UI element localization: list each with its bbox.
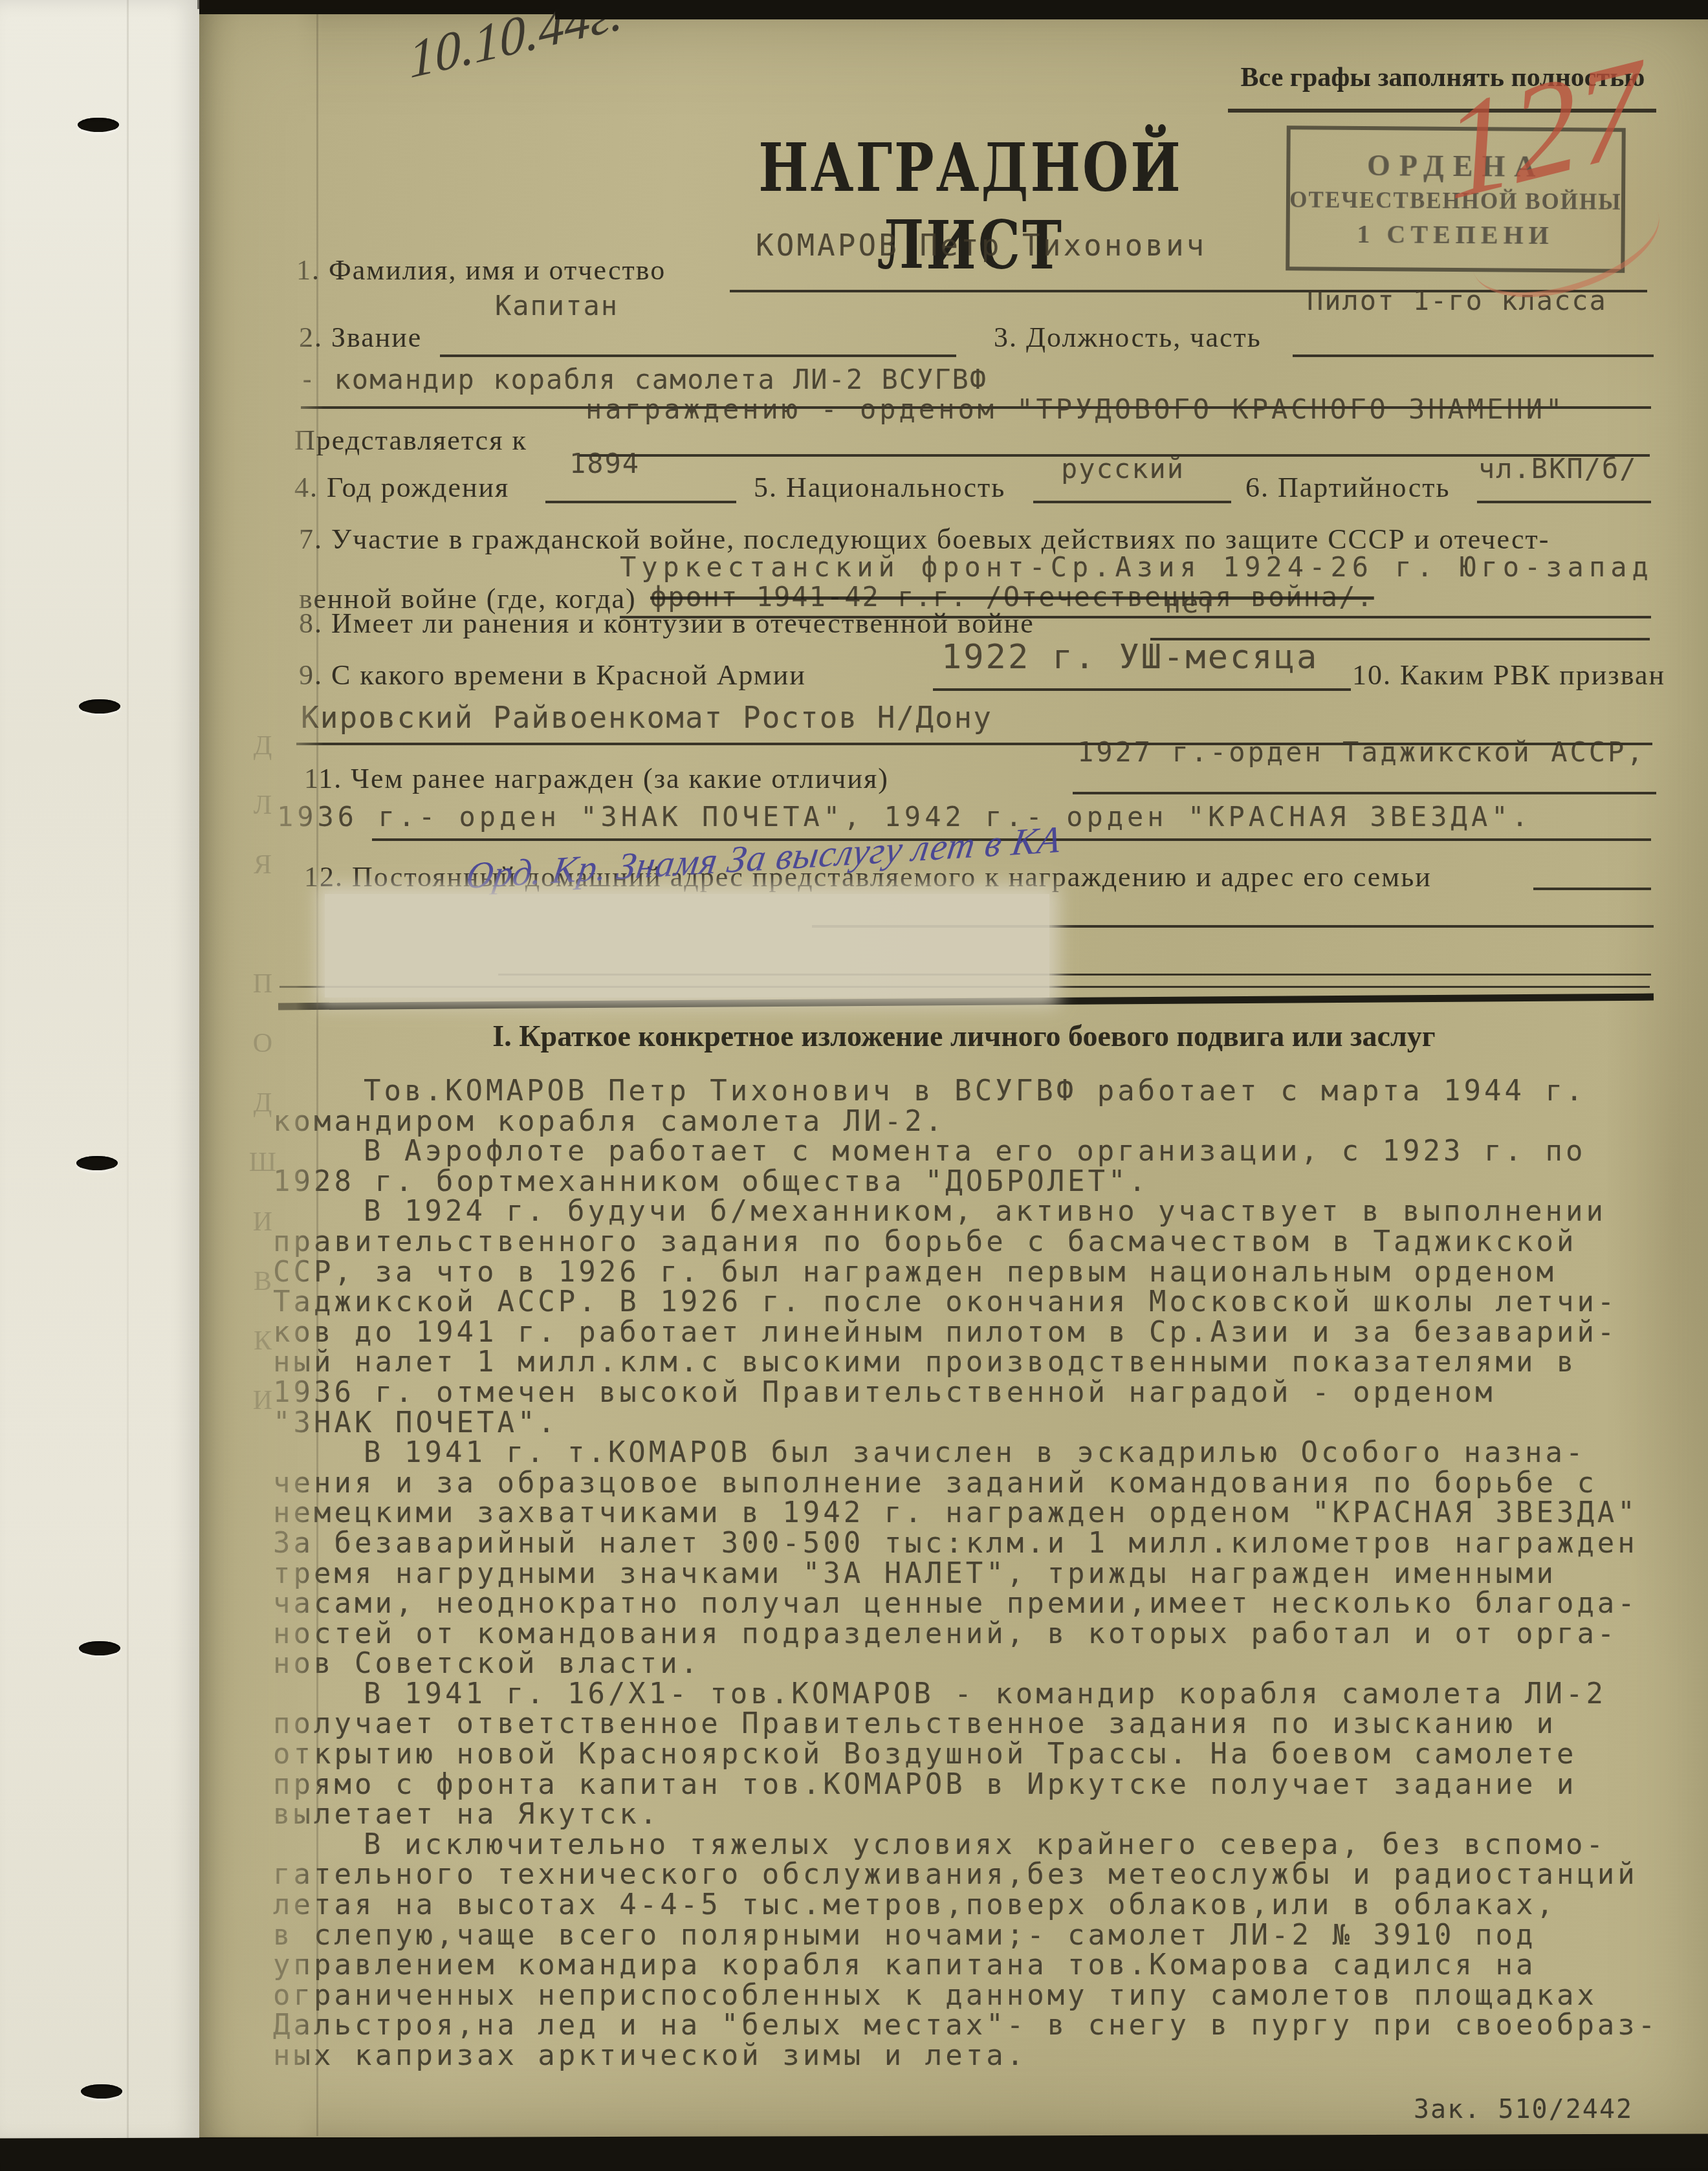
field6-line: [1477, 501, 1651, 503]
field5-line: [1033, 501, 1231, 503]
field6-value: чл.ВКП/б/: [1478, 453, 1637, 485]
body-line: тремя нагрудными значками "ЗА НАЛЕТ", тр…: [273, 1559, 1690, 1589]
body-line: управлением командира корабля капитана т…: [273, 1950, 1690, 1981]
body-line: В 1941 г. т.КОМАРОВ был зачислен в эскад…: [273, 1438, 1690, 1468]
field9-value: 1922 г. УШ-месяца: [941, 638, 1319, 677]
field6-label: 6. Партийность: [1245, 471, 1451, 504]
body-line: ков до 1941 г. работает линейным пилотом…: [273, 1318, 1690, 1348]
body-line: За безаварийный налет 300-500 тыс:клм.и …: [273, 1529, 1690, 1559]
body-line: 1928 г. бортмеханником общества "ДОБРОЛЕ…: [273, 1167, 1690, 1197]
field1-value: КОМАРОВ Петр Тихонович: [756, 228, 1207, 263]
punch-hole: [78, 118, 119, 132]
body-line: Таджикской АССР. В 1926 г. после окончан…: [273, 1287, 1690, 1318]
binding-strip-crease: [127, 0, 129, 2141]
body-line: получает ответственное Правительственное…: [273, 1709, 1690, 1740]
body-line: В 1941 г. 16/Х1- тов.КОМАРОВ - командир …: [273, 1679, 1690, 1710]
field3-line: [1293, 355, 1654, 357]
redacted-address-patch: [325, 894, 1049, 998]
body-line: В Аэрофлоте работает с момента его орган…: [273, 1137, 1690, 1167]
body-line: правительственного задания по борьбе с б…: [273, 1227, 1690, 1258]
field5-label: 5. Национальность: [754, 471, 1005, 504]
field10-value: Кировский Райвоенкомат Ростов Н/Дону: [301, 700, 992, 735]
field8-label: 8. Имеет ли ранения и контузии в отечест…: [299, 607, 1035, 640]
body-line: гательного технического обслуживания,без…: [273, 1860, 1690, 1890]
print-order-number: Зак. 510/2442: [1414, 2095, 1633, 2124]
citation-body: Тов.КОМАРОВ Петр Тихонович в ВСУГВФ рабо…: [273, 1076, 1690, 2071]
body-line: ностей от командования подразделений, в …: [273, 1619, 1690, 1650]
scanned-award-document: ДЛЯ ПОДШИВКИ 10.10.44г. Все графы заполн…: [0, 0, 1708, 2171]
body-line: прямо с фронта капитан тов.КОМАРОВ в Ирк…: [273, 1770, 1690, 1800]
body-line: Дальстроя,на лед и на "белых местах"- в …: [273, 2011, 1690, 2041]
field5-value: русский: [1061, 453, 1185, 485]
body-line: 1936 г. отмечен высокой Правительственно…: [273, 1378, 1690, 1408]
field1-label: 1. Фамилия, имя и отчество: [296, 254, 666, 287]
body-line: Тов.КОМАРОВ Петр Тихонович в ВСУГВФ рабо…: [273, 1076, 1690, 1107]
presented-for-label: Представляется к: [294, 424, 527, 457]
body-line: нов Советской власти.: [273, 1649, 1690, 1679]
body-line: вылетает на Якутск.: [273, 1800, 1690, 1830]
section1-heading: I. Краткое конкретное изложение личного …: [362, 1019, 1566, 1053]
field4-label: 4. Год рождения: [294, 471, 509, 504]
binding-strip: [0, 0, 199, 2141]
field11-label: 11. Чем ранее награжден (за какие отличи…: [304, 762, 889, 795]
field4-value: 1894: [569, 448, 640, 479]
body-line: ных капризах арктической зимы и лета.: [273, 2041, 1690, 2071]
body-line: ный налет 1 милл.клм.с высокими производ…: [273, 1347, 1690, 1378]
body-line: часами, неоднократно получал ценные прем…: [273, 1589, 1690, 1619]
field9-line: [933, 688, 1351, 691]
field2-line: [440, 355, 956, 357]
punch-hole: [81, 2084, 122, 2099]
field11-value-line1: 1927 г.-орден Таджикской АССР,: [1077, 736, 1646, 768]
field11-line1: [1073, 792, 1656, 794]
field9-label: 9. С какого времени в Красной Армии: [299, 659, 806, 692]
field12-line: [1533, 888, 1651, 890]
scan-edge-top: [555, 0, 1708, 19]
punch-hole: [79, 699, 120, 714]
body-line: летая на высотах 4-4-5 тыс.метров,поверх…: [273, 1890, 1690, 1921]
scan-edge-top-left: [197, 0, 560, 9]
body-line: В 1924 г. будучи б/механником, активно у…: [273, 1197, 1690, 1227]
punch-hole: [79, 1641, 120, 1655]
body-line: командиром корабля самолета ЛИ-2.: [273, 1107, 1690, 1137]
field2-label: 2. Звание: [299, 321, 422, 354]
body-line: В исключительно тяжелых условиях крайнег…: [273, 1830, 1690, 1860]
field8-value: нет: [1165, 587, 1218, 619]
field7-value-line1: Туркестанский фронт-Ср.Азия 1924-26 г. Ю…: [620, 551, 1654, 583]
scan-edge-bottom: [0, 2134, 1708, 2171]
field2-value: Капитан: [495, 290, 619, 322]
field4-line: [545, 501, 736, 503]
body-line: ССР, за что в 1926 г. был награжден перв…: [273, 1258, 1690, 1288]
body-line: немецкими захватчиками в 1942 г. награжд…: [273, 1498, 1690, 1529]
body-line: в слепую,чаще всего полярными ночами;- с…: [273, 1921, 1690, 1951]
field3-value2: - командир корабля самолета ЛИ-2 ВСУГВФ: [299, 364, 987, 395]
body-line: чения и за образцовое выполнение заданий…: [273, 1468, 1690, 1499]
body-line: ограниченных неприспособленных к данному…: [273, 1981, 1690, 2011]
punch-hole: [76, 1156, 118, 1170]
presented-for-value: награждению - орденом "ТРУДОВОГО КРАСНОГ…: [586, 393, 1565, 425]
field3-label: 3. Должность, часть: [994, 321, 1262, 354]
body-line: "ЗНАК ПОЧЕТА".: [273, 1408, 1690, 1439]
body-line: открытию новой Красноярской Воздушной Тр…: [273, 1740, 1690, 1770]
field10-label: 10. Каким РВК призван: [1352, 659, 1665, 692]
